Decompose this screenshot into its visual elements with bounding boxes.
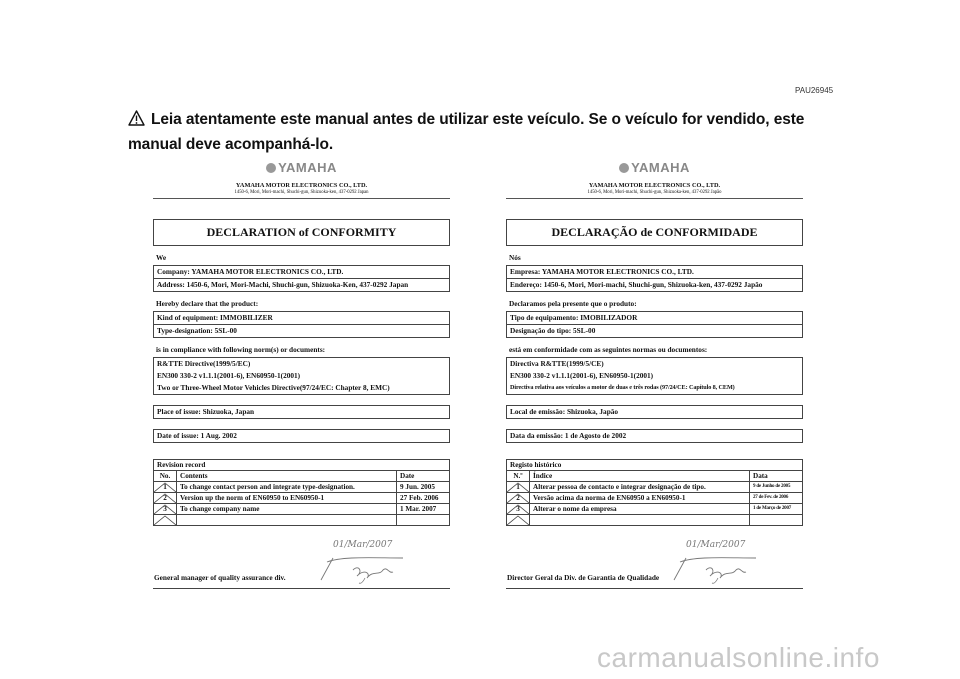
product-box: Kind of equipment: IMMOBILIZER Type-desi…: [153, 311, 450, 338]
revision-contents: [177, 515, 397, 526]
header-contents: Contents: [177, 471, 397, 482]
type-designation: Designação do tipo: 5SL-00: [507, 324, 802, 337]
signature-block: General manager of quality assurance div…: [153, 538, 450, 589]
signature-date: 01/Mar/2007: [686, 540, 745, 550]
date-of-issue: Date of issue: 1 Aug. 2002: [154, 430, 449, 442]
revision-triangle-icon: [154, 493, 176, 503]
warning-triangle-icon: [128, 110, 145, 126]
company-box: Empresa: YAMAHA MOTOR ELECTRONICS CO., L…: [506, 265, 803, 292]
table-row: [507, 515, 803, 526]
company-name: Company: YAMAHA MOTOR ELECTRONICS CO., L…: [154, 266, 449, 278]
table-row: 1 To change contact person and integrate…: [154, 482, 450, 493]
revision-contents: [530, 515, 750, 526]
company-address: 1450-6, Mori, Mori-machi, Shuchi-gun, Sh…: [153, 190, 450, 195]
norm-item: EN300 330-2 v1.1.1(2001-6), EN60950-1(20…: [154, 370, 449, 382]
revision-title: Revision record: [154, 460, 450, 471]
product-box: Tipo de equipamento: IMOBILIZADOR Design…: [506, 311, 803, 338]
equipment-kind: Tipo de equipamento: IMOBILIZADOR: [507, 312, 802, 324]
date-box: Data da emissão: 1 de Agosto de 2002: [506, 429, 803, 443]
norm-item: Directiva relativa aos veículos a motor …: [507, 382, 802, 394]
revision-date: [397, 515, 450, 526]
company-name: Empresa: YAMAHA MOTOR ELECTRONICS CO., L…: [507, 266, 802, 278]
yamaha-logo: YAMAHA: [153, 160, 450, 178]
compliance-label: is in compliance with following norm(s) …: [153, 345, 450, 355]
signature-block: Director Geral da Div. de Garantia de Qu…: [506, 538, 803, 589]
revision-triangle-icon: [507, 504, 529, 514]
declare-label: Hereby declare that the product:: [153, 299, 450, 309]
company-address-line: Endereço: 1450-6, Mori, Mori-machi, Shuc…: [507, 278, 802, 291]
norm-item: Two or Three-Wheel Motor Vehicles Direct…: [154, 382, 449, 394]
revision-date: 9 Jun. 2005: [397, 482, 450, 493]
signatory-title: Director Geral da Div. de Garantia de Qu…: [507, 573, 659, 582]
we-label: Nós: [506, 253, 803, 263]
signature-date: 01/Mar/2007: [333, 540, 392, 550]
place-box: Local de emissão: Shizuoka, Japão: [506, 405, 803, 419]
revision-contents: To change contact person and integrate t…: [177, 482, 397, 493]
revision-date: 1 de Março de 2007: [750, 504, 803, 515]
declaration-english: YAMAHA YAMAHA MOTOR ELECTRONICS CO., LTD…: [153, 160, 450, 589]
revision-date: 9 de Junho de 2005: [750, 482, 803, 493]
revision-contents: To change company name: [177, 504, 397, 515]
warning-notice: Leia atentamente este manual antes de ut…: [128, 107, 838, 157]
revision-contents: Alterar o nome da empresa: [530, 504, 750, 515]
page-code: PAU26945: [795, 86, 833, 95]
header-contents: Índice: [530, 471, 750, 482]
table-row: 3 To change company name 1 Mar. 2007: [154, 504, 450, 515]
table-row: 3 Alterar o nome da empresa 1 de Março d…: [507, 504, 803, 515]
norms-box: R&TTE Directive(1999/5/EC) EN300 330-2 v…: [153, 357, 450, 395]
header-no: N.º: [507, 471, 530, 482]
revision-contents: Version up the norm of EN60950 to EN6095…: [177, 493, 397, 504]
yamaha-emblem-icon: [619, 163, 629, 173]
type-designation: Type-designation: 5SL-00: [154, 324, 449, 337]
revision-date: 1 Mar. 2007: [397, 504, 450, 515]
yamaha-emblem-icon: [266, 163, 276, 173]
watermark: carmanualsonline.info: [597, 642, 880, 674]
revision-triangle-icon: [507, 515, 529, 525]
revision-triangle-icon: [154, 504, 176, 514]
declaration-portuguese: YAMAHA YAMAHA MOTOR ELECTRONICS CO., LTD…: [506, 160, 803, 589]
table-row: 2 Versão acima da norma de EN60950 a EN6…: [507, 493, 803, 504]
place-of-issue: Local de emissão: Shizuoka, Japão: [507, 406, 802, 418]
compliance-label: está em conformidade com as seguintes no…: [506, 345, 803, 355]
norm-item: EN300 330-2 v1.1.1(2001-6), EN60950-1(20…: [507, 370, 802, 382]
header-divider: [506, 198, 803, 199]
norm-item: Directiva R&TTE(1999/5/CE): [507, 358, 802, 370]
signatory-title: General manager of quality assurance div…: [154, 573, 286, 582]
place-box: Place of issue: Shizuoka, Japan: [153, 405, 450, 419]
header-date: Date: [397, 471, 450, 482]
revision-contents: Alterar pessoa de contacto e integrar de…: [530, 482, 750, 493]
header-no: No.: [154, 471, 177, 482]
document-title: DECLARAÇÃO de CONFORMIDADE: [506, 219, 803, 246]
revision-date: [750, 515, 803, 526]
yamaha-logo: YAMAHA: [506, 160, 803, 178]
company-header: YAMAHA MOTOR ELECTRONICS CO., LTD.: [153, 182, 450, 189]
revision-triangle-icon: [154, 482, 176, 492]
company-header: YAMAHA MOTOR ELECTRONICS CO., LTD.: [506, 182, 803, 189]
table-row: 2 Version up the norm of EN60950 to EN60…: [154, 493, 450, 504]
signature-icon: [666, 550, 766, 584]
declare-label: Declaramos pela presente que o produto:: [506, 299, 803, 309]
we-label: We: [153, 253, 450, 263]
header-date: Data: [750, 471, 803, 482]
revision-contents: Versão acima da norma de EN60950 a EN609…: [530, 493, 750, 504]
warning-text: Leia atentamente este manual antes de ut…: [128, 111, 804, 153]
revision-triangle-icon: [507, 482, 529, 492]
table-row: 1 Alterar pessoa de contacto e integrar …: [507, 482, 803, 493]
revision-date: 27 Feb. 2006: [397, 493, 450, 504]
norms-box: Directiva R&TTE(1999/5/CE) EN300 330-2 v…: [506, 357, 803, 395]
equipment-kind: Kind of equipment: IMMOBILIZER: [154, 312, 449, 324]
company-address-line: Address: 1450-6, Mori, Mori-Machi, Shuch…: [154, 278, 449, 291]
signature-icon: [313, 550, 413, 584]
norm-item: R&TTE Directive(1999/5/EC): [154, 358, 449, 370]
table-row: [154, 515, 450, 526]
date-box: Date of issue: 1 Aug. 2002: [153, 429, 450, 443]
place-of-issue: Place of issue: Shizuoka, Japan: [154, 406, 449, 418]
revision-triangle-icon: [154, 515, 176, 525]
company-address: 1450-6, Mori, Mori-machi, Shuchi-gun, Sh…: [506, 190, 803, 195]
document-title: DECLARATION of CONFORMITY: [153, 219, 450, 246]
revision-triangle-icon: [507, 493, 529, 503]
header-divider: [153, 198, 450, 199]
revision-date: 27 de Fev. de 2006: [750, 493, 803, 504]
revision-table: Revision record No. Contents Date 1 To c…: [153, 459, 450, 526]
date-of-issue: Data da emissão: 1 de Agosto de 2002: [507, 430, 802, 442]
company-box: Company: YAMAHA MOTOR ELECTRONICS CO., L…: [153, 265, 450, 292]
revision-title: Registo histórico: [507, 460, 803, 471]
revision-table: Registo histórico N.º Índice Data 1 Alte…: [506, 459, 803, 526]
